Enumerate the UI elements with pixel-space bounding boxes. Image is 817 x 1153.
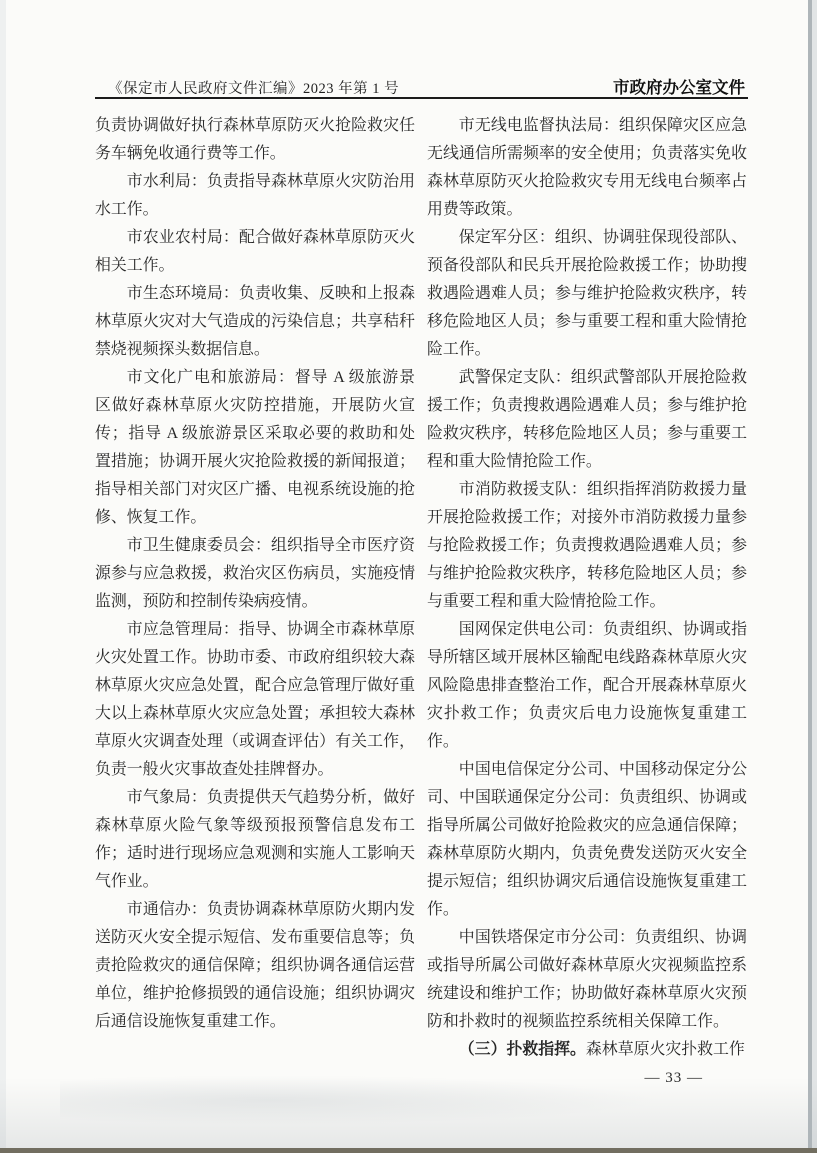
- paragraph-text: 中国电信保定分公司、中国移动保定分公司、中国联通保定分公司：负责组织、协调或指导…: [427, 761, 747, 918]
- paragraph-text: 市无线电监督执法局：组织保障灾区应急无线通信所需频率的安全使用；负责落实免收森林…: [427, 117, 747, 218]
- paragraph-text: 负责协调做好执行森林草原防灭火抢险救灾任务车辆免收通行费等工作。: [95, 117, 415, 162]
- paragraph: 市应急管理局：指导、协调全市森林草原火灾处置工作。协助市委、市政府组织较大森林草…: [95, 616, 415, 784]
- text-column-right: 市无线电监督执法局：组织保障灾区应急无线通信所需频率的安全使用；负责落实免收森林…: [427, 112, 747, 1087]
- paragraph: 中国电信保定分公司、中国移动保定分公司、中国联通保定分公司：负责组织、协调或指导…: [427, 756, 747, 924]
- header-doc-category: 市政府办公室文件: [613, 74, 745, 98]
- paragraph: 保定军分区：组织、协调驻保现役部队、预备役部队和民兵开展抢险救援工作；协助搜救遇…: [427, 224, 747, 364]
- paragraph: 国网保定供电公司：负责组织、协调或指导所辖区域开展林区输配电线路森林草原火灾风险…: [427, 616, 747, 756]
- paragraph: 市农业农村局：配合做好森林草原防灭火相关工作。: [95, 224, 415, 280]
- paragraph-text: 市通信办：负责协调森林草原防火期内发送防灭火安全提示短信、发布重要信息等；负责抢…: [95, 901, 415, 1030]
- paragraph: 市气象局：负责提供天气趋势分析，做好森林草原火险气象等级预报预警信息发布工作；适…: [95, 784, 415, 896]
- paragraph-text: 市应急管理局：指导、协调全市森林草原火灾处置工作。协助市委、市政府组织较大森林草…: [95, 621, 415, 778]
- scan-edge-bottom-line: [0, 1148, 817, 1153]
- paragraph: 中国铁塔保定市分公司：负责组织、协调或指导所属公司做好森林草原火灾视频监控系统建…: [427, 924, 747, 1036]
- header-rule: [95, 97, 748, 99]
- paragraph-text: 国网保定供电公司：负责组织、协调或指导所辖区域开展林区输配电线路森林草原火灾风险…: [427, 621, 747, 750]
- paragraph-text: 市消防救援支队：组织指挥消防救援力量开展抢险救援工作；对接外市消防救援力量参与抢…: [427, 481, 747, 610]
- paragraph: 市生态环境局：负责收集、反映和上报森林草原火灾对大气造成的污染信息；共享秸秆禁烧…: [95, 280, 415, 364]
- paragraph-text: 武警保定支队：组织武警部队开展抢险救援工作；负责搜救遇险遇难人员；参与维护抢险救…: [427, 369, 747, 470]
- paragraph: 负责协调做好执行森林草原防灭火抢险救灾任务车辆免收通行费等工作。: [95, 112, 415, 168]
- paragraph-text: 中国铁塔保定市分公司：负责组织、协调或指导所属公司做好森林草原火灾视频监控系统建…: [427, 929, 747, 1030]
- paragraph-text: 保定军分区：组织、协调驻保现役部队、预备役部队和民兵开展抢险救援工作；协助搜救遇…: [427, 229, 747, 358]
- header-journal-title: 《保定市人民政府文件汇编》2023 年第 1 号: [108, 77, 399, 98]
- paragraph-text: 市气象局：负责提供天气趋势分析，做好森林草原火险气象等级预报预警信息发布工作；适…: [95, 789, 415, 890]
- paragraph: 市消防救援支队：组织指挥消防救援力量开展抢险救援工作；对接外市消防救援力量参与抢…: [427, 476, 747, 616]
- paragraph-text: 市生态环境局：负责收集、反映和上报森林草原火灾对大气造成的污染信息；共享秸秆禁烧…: [95, 285, 415, 358]
- page-number: — 33 —: [427, 1070, 747, 1087]
- paragraph: 市无线电监督执法局：组织保障灾区应急无线通信所需频率的安全使用；负责落实免收森林…: [427, 112, 747, 224]
- paragraph-text: 森林草原火灾扑救工作: [586, 1041, 745, 1058]
- text-column-left: 负责协调做好执行森林草原防灭火抢险救灾任务车辆免收通行费等工作。市水利局：负责指…: [95, 112, 415, 1036]
- paragraph: 市通信办：负责协调森林草原防火期内发送防灭火安全提示短信、发布重要信息等；负责抢…: [95, 896, 415, 1036]
- paragraph-text: 市水利局：负责指导森林草原火灾防治用水工作。: [95, 173, 415, 218]
- paragraph: 市卫生健康委员会：组织指导全市医疗资源参与应急救援，救治灾区伤病员，实施疫情监测…: [95, 532, 415, 616]
- paragraph: 市水利局：负责指导森林草原火灾防治用水工作。: [95, 168, 415, 224]
- document-page: 《保定市人民政府文件汇编》2023 年第 1 号 市政府办公室文件 负责协调做好…: [0, 0, 817, 1153]
- paragraph: 武警保定支队：组织武警部队开展抢险救援工作；负责搜救遇险遇难人员；参与维护抢险救…: [427, 364, 747, 476]
- paragraph-bold-heading: （三）扑救指挥。: [459, 1041, 586, 1058]
- paragraph: 市文化广电和旅游局：督导 A 级旅游景区做好森林草原火灾防控措施，开展防火宣传；…: [95, 364, 415, 532]
- scan-edge-right-line: [808, 0, 812, 1153]
- paragraph-text: 市农业农村局：配合做好森林草原防灭火相关工作。: [95, 229, 415, 274]
- paragraph-text: 市文化广电和旅游局：督导 A 级旅游景区做好森林草原火灾防控措施，开展防火宣传；…: [95, 369, 415, 526]
- scan-edge-left: [0, 0, 6, 1153]
- scan-edge-right-outer: [812, 0, 817, 1153]
- paragraph: （三）扑救指挥。森林草原火灾扑救工作: [427, 1036, 747, 1064]
- paragraph-text: 市卫生健康委员会：组织指导全市医疗资源参与应急救援，救治灾区伤病员，实施疫情监测…: [95, 537, 415, 610]
